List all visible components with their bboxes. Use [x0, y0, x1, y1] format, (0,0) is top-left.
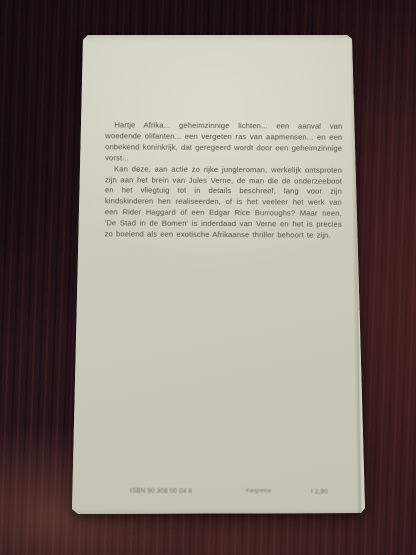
cover-paper: Hartje Afrika... geheimzinnige lichten..… [70, 33, 368, 516]
blurb-paragraph-1: Hartje Afrika... geheimzinnige lichten..… [105, 120, 342, 165]
imprint-text: Kangoeroe [246, 488, 272, 494]
book-back-cover: Hartje Afrika... geheimzinnige lichten..… [70, 33, 368, 516]
blurb-paragraph-2: Kan deze, aan actie zo rijke jungleroman… [105, 164, 342, 242]
footer-row: ISBN 90 308 00 04 6 Kangoeroe f 2,90 [70, 485, 368, 501]
page-block-edge [350, 33, 366, 516]
price-text: f 2,90 [311, 488, 328, 495]
wooden-table-background: Hartje Afrika... geheimzinnige lichten..… [0, 0, 416, 555]
blurb-text-block: Hartje Afrika... geheimzinnige lichten..… [105, 120, 343, 241]
isbn-text: ISBN 90 308 00 04 6 [130, 488, 192, 495]
